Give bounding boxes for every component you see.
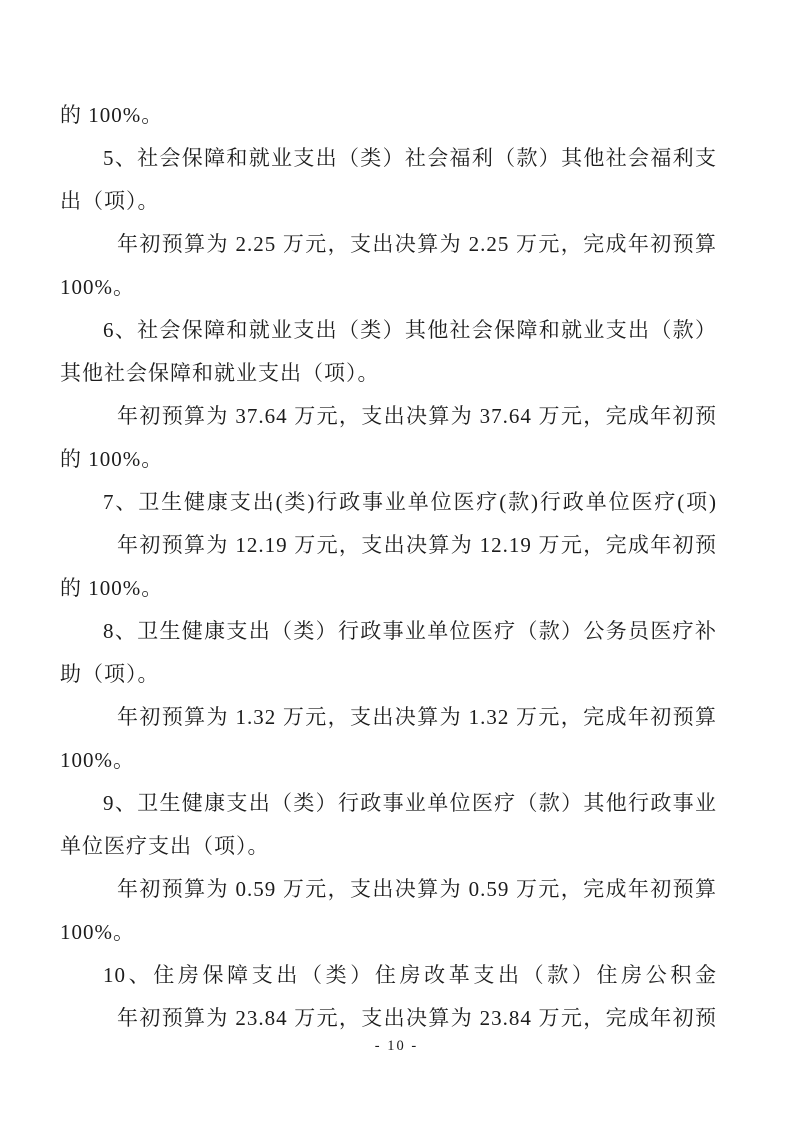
text-line: 9、卫生健康支出（类）行政事业单位医疗（款）其他行政事业 [60, 782, 717, 825]
text-line: 单位医疗支出（项）。 [60, 825, 717, 868]
document-body: 的 100%。5、社会保障和就业支出（类）社会福利（款）其他社会福利支出（项）。… [60, 94, 717, 1040]
text-line: 的 100%。 [60, 94, 717, 137]
text-line: 年初预算为 2.25 万元，支出决算为 2.25 万元，完成年初预算的 [60, 223, 717, 266]
text-line: 年初预算为 0.59 万元，支出决算为 0.59 万元，完成年初预算的 [60, 868, 717, 911]
text-line: 100%。 [60, 739, 717, 782]
text-line: 年初预算为 1.32 万元，支出决算为 1.32 万元，完成年初预算的 [60, 696, 717, 739]
text-line: 10、住房保障支出（类）住房改革支出（款）住房公积金（项）。 [60, 954, 717, 997]
page-number: - 10 - [375, 1038, 418, 1054]
text-line: 的 100%。 [60, 567, 717, 610]
text-line: 的 100%。 [60, 438, 717, 481]
text-line: 6、社会保障和就业支出（类）其他社会保障和就业支出（款） [60, 309, 717, 352]
text-line: 助（项）。 [60, 653, 717, 696]
text-line: 100%。 [60, 911, 717, 954]
text-line: 5、社会保障和就业支出（类）社会福利（款）其他社会福利支 [60, 137, 717, 180]
document-page: 的 100%。5、社会保障和就业支出（类）社会福利（款）其他社会福利支出（项）。… [0, 0, 793, 1122]
text-line: 100%。 [60, 266, 717, 309]
text-line: 其他社会保障和就业支出（项）。 [60, 352, 717, 395]
text-line: 8、卫生健康支出（类）行政事业单位医疗（款）公务员医疗补 [60, 610, 717, 653]
text-line: 出（项）。 [60, 180, 717, 223]
text-line: 7、卫生健康支出(类)行政事业单位医疗(款)行政单位医疗(项) 。 [60, 481, 717, 524]
text-line: 年初预算为 37.64 万元，支出决算为 37.64 万元，完成年初预算 [60, 395, 717, 438]
text-line: 年初预算为 23.84 万元，支出决算为 23.84 万元，完成年初预算 [60, 997, 717, 1040]
page-footer: - 10 - [0, 1038, 793, 1055]
text-line: 年初预算为 12.19 万元，支出决算为 12.19 万元，完成年初预算 [60, 524, 717, 567]
